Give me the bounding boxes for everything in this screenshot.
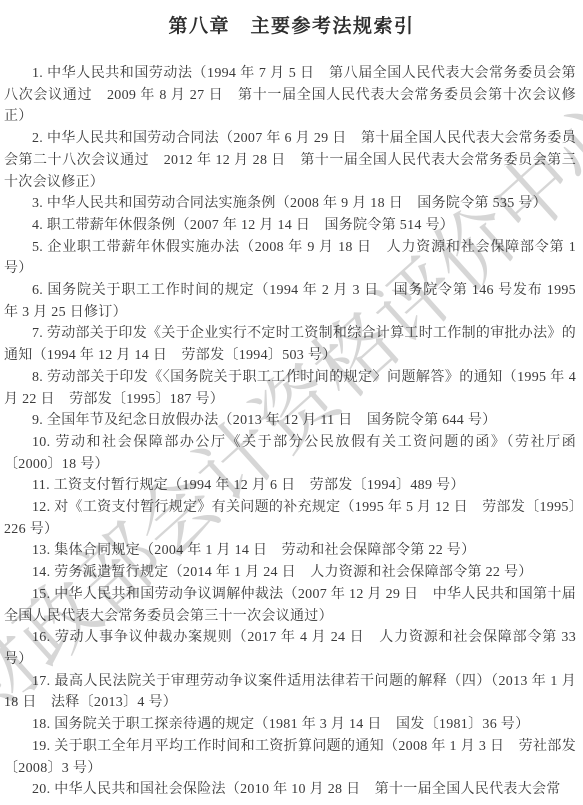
law-item-19: 19. 关于职工全年月平均工作时间和工资折算问题的通知（2008 年 1 月 3… — [4, 736, 576, 779]
law-item-11: 11. 工资支付暂行规定（1994 年 12 月 6 日 劳部发〔1994〕48… — [4, 475, 576, 497]
law-item-12: 12. 对《工资支付暂行规定》有关问题的补充规定（1995 年 5 月 12 日… — [4, 497, 576, 540]
law-item-7: 7. 劳动部关于印发《关于企业实行不定时工资制和综合计算工时工作制的审批办法》的… — [4, 323, 576, 366]
law-item-3: 3. 中华人民共和国劳动合同法实施条例（2008 年 9 月 18 日 国务院令… — [4, 193, 576, 215]
law-item-14: 14. 劳务派遣暂行规定（2014 年 1 月 24 日 人力资源和社会保障部令… — [4, 562, 576, 584]
law-item-9: 9. 全国年节及纪念日放假办法（2013 年 12 月 11 日 国务院令第 6… — [4, 410, 576, 432]
document-page: 财政部会计资格评价中心 第八章 主要参考法规索引 1. 中华人民共和国劳动法（1… — [0, 0, 583, 805]
law-item-2: 2. 中华人民共和国劳动合同法（2007 年 6 月 29 日 第十届全国人民代… — [4, 128, 576, 193]
law-item-20: 20. 中华人民共和国社会保险法（2010 年 10 月 28 日 第十一届全国… — [4, 779, 576, 801]
law-item-15: 15. 中华人民共和国劳动争议调解仲裁法（2007 年 12 月 29 日 中华… — [4, 584, 576, 627]
law-item-1: 1. 中华人民共和国劳动法（1994 年 7 月 5 日 第八届全国人民代表大会… — [4, 63, 576, 128]
law-item-17: 17. 最高人民法院关于审理劳动争议案件适用法律若干问题的解释（四）（2013 … — [4, 671, 576, 714]
chapter-title: 第八章 主要参考法规索引 — [0, 0, 583, 38]
law-item-16: 16. 劳动人事争议仲裁办案规则（2017 年 4 月 24 日 人力资源和社会… — [4, 627, 576, 670]
law-item-18: 18. 国务院关于职工探亲待遇的规定（1981 年 3 月 14 日 国发〔19… — [4, 714, 576, 736]
law-item-13: 13. 集体合同规定（2004 年 1 月 14 日 劳动和社会保障部令第 22… — [4, 540, 576, 562]
law-item-8: 8. 劳动部关于印发《〈国务院关于职工工作时间的规定〉问题解答》的通知（1995… — [4, 367, 576, 410]
law-item-10: 10. 劳动和社会保障部办公厅《关于部分公民放假有关工资问题的函》（劳社厅函〔2… — [4, 432, 576, 475]
law-item-5: 5. 企业职工带薪年休假实施办法（2008 年 9 月 18 日 人力资源和社会… — [4, 237, 576, 280]
law-item-6: 6. 国务院关于职工工作时间的规定（1994 年 2 月 3 日 国务院令第 1… — [4, 280, 576, 323]
law-index-list: 1. 中华人民共和国劳动法（1994 年 7 月 5 日 第八届全国人民代表大会… — [0, 63, 583, 801]
law-item-4: 4. 职工带薪年休假条例（2007 年 12 月 14 日 国务院令第 514 … — [4, 215, 576, 237]
